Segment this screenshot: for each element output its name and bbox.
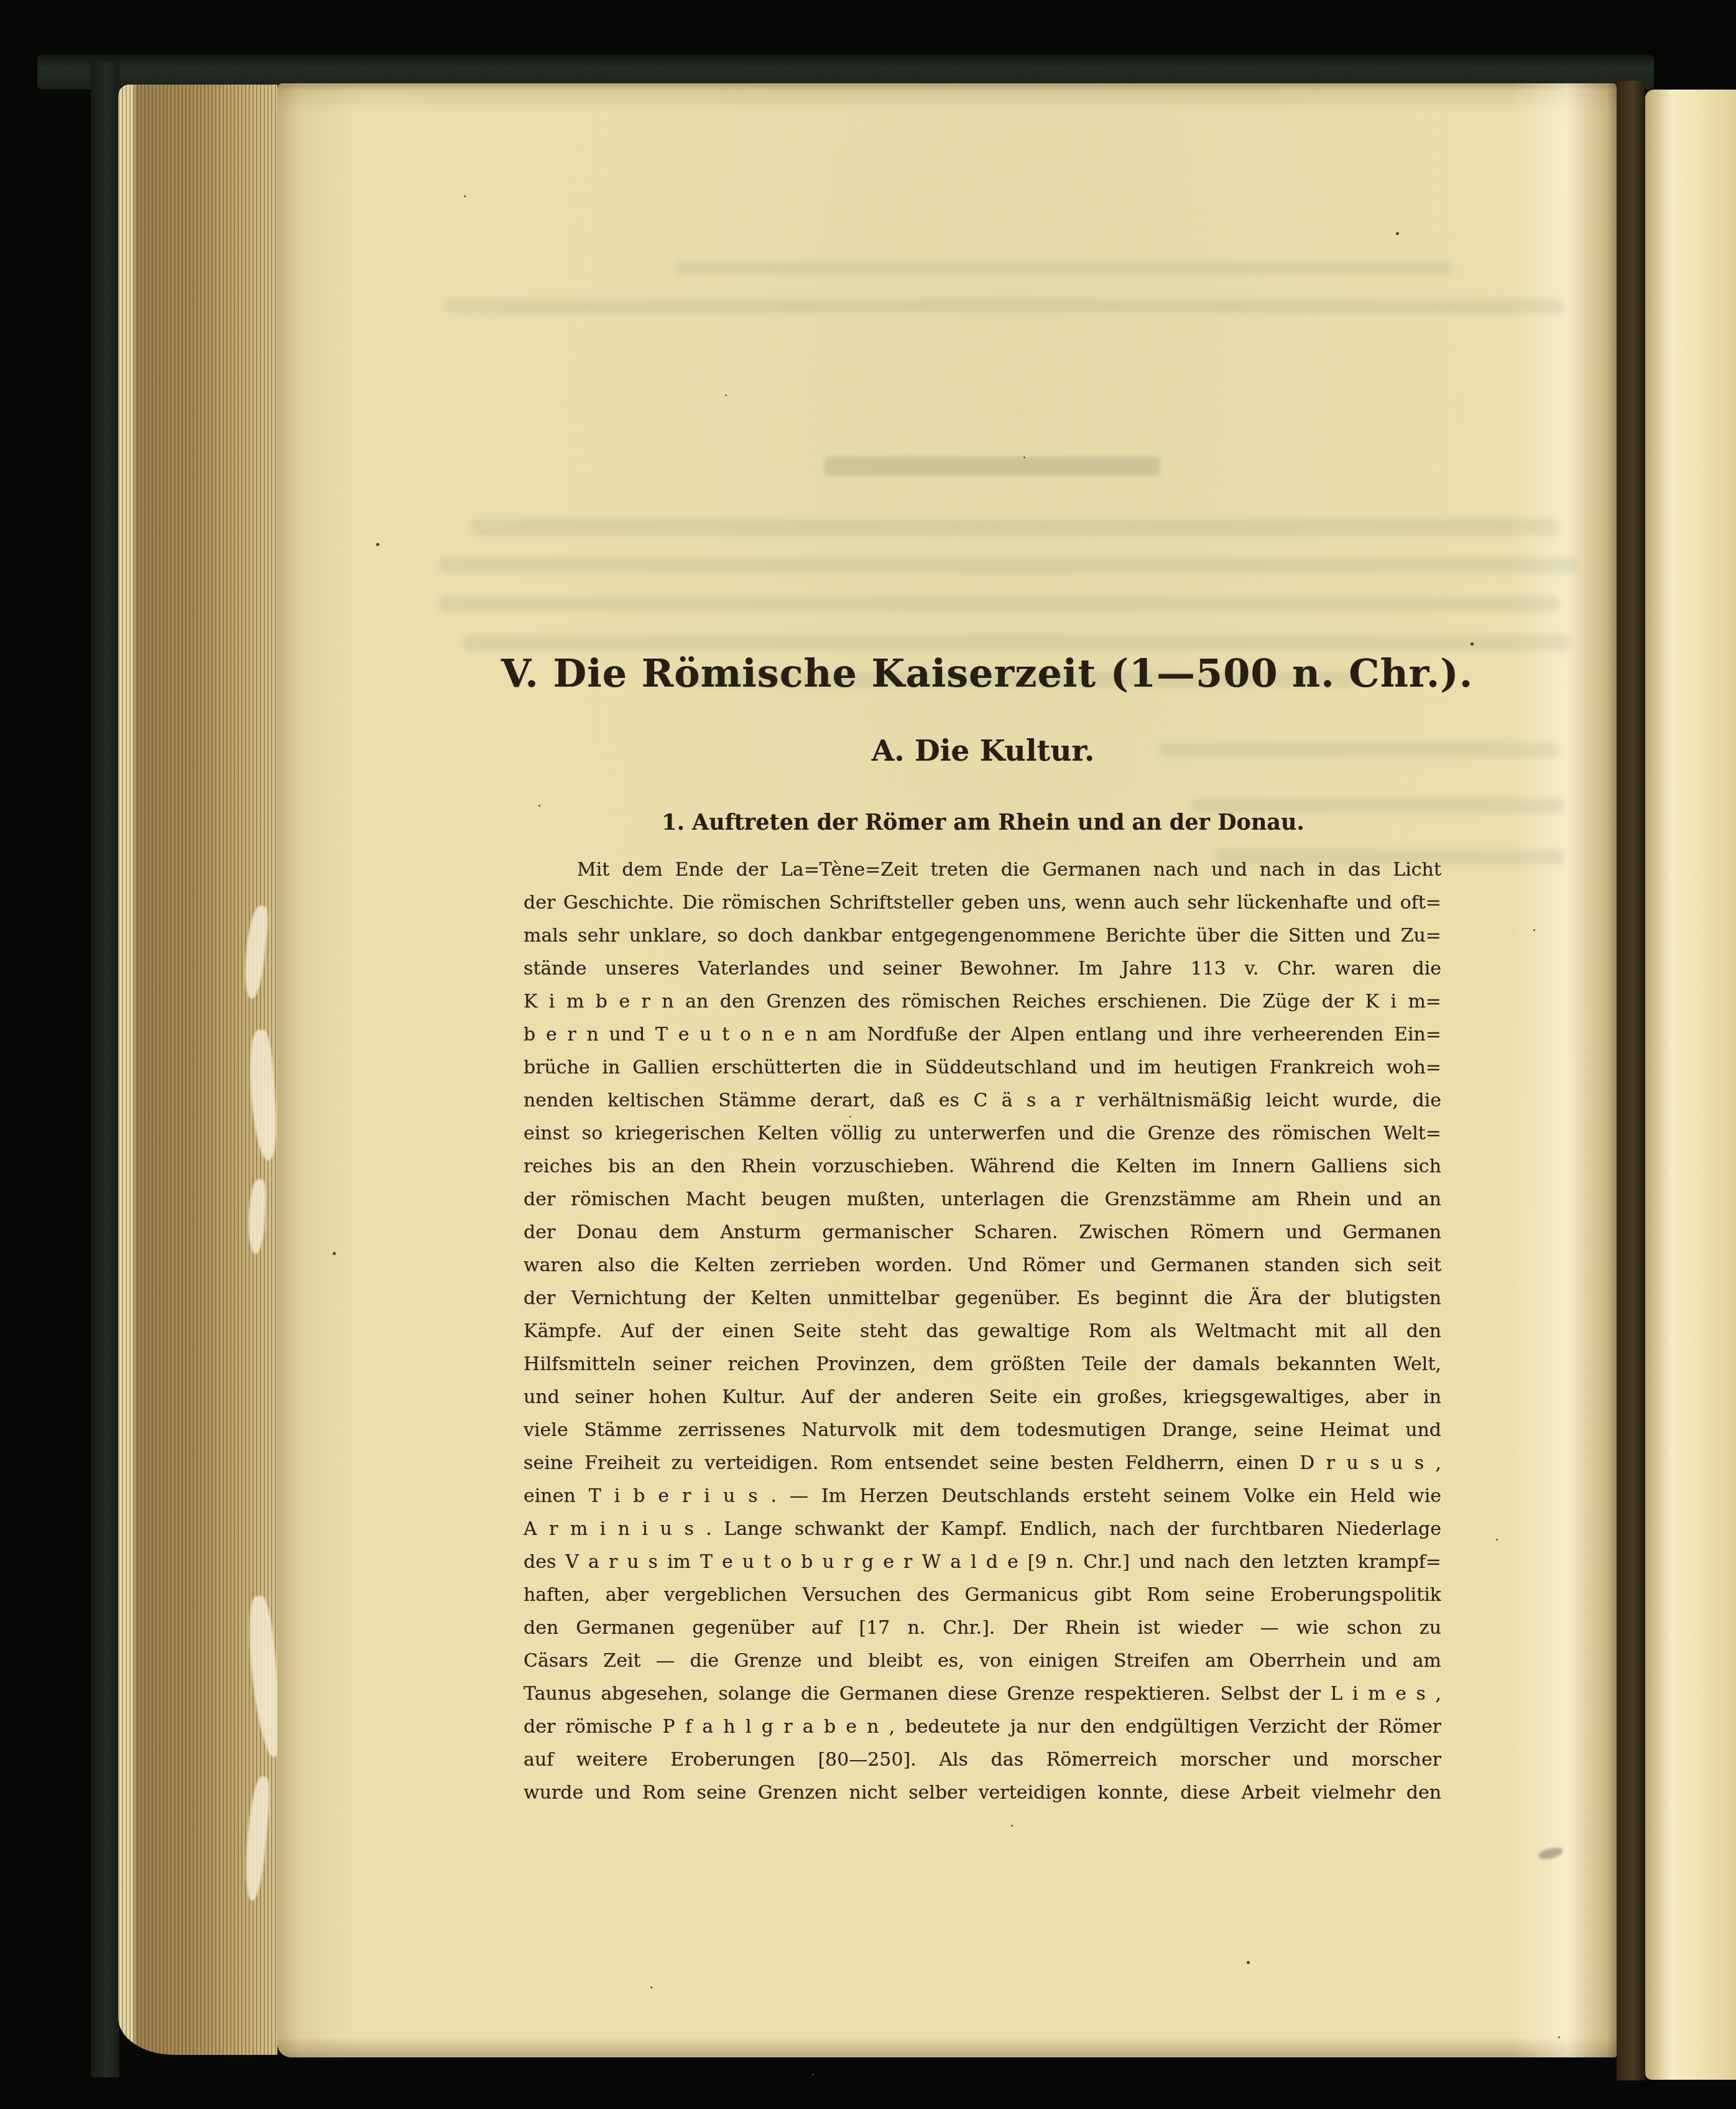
body-line: mals sehr unklare, so doch dankbar entge… <box>524 919 1441 952</box>
bleed-through-line <box>439 557 1577 573</box>
paper-specks <box>464 195 466 197</box>
torn-page-edge <box>247 1179 267 1254</box>
body-line: der Vernichtung der Kelten unmittelbar g… <box>524 1282 1441 1315</box>
body-line: Kämpfe. Auf der einen Seite steht das ge… <box>524 1315 1441 1348</box>
torn-page-edge <box>242 1776 271 1901</box>
body-line: haften, aber vergeblichen Versuchen des … <box>524 1578 1441 1611</box>
body-line: der römischen Macht beugen mußten, unter… <box>524 1183 1441 1216</box>
body-line: stände unseres Vaterlandes und seiner Be… <box>524 952 1441 985</box>
body-line: seine Freiheit zu verteidigen. Rom entse… <box>524 1447 1441 1480</box>
body-line: wurde und Rom seine Grenzen nicht selber… <box>524 1776 1441 1809</box>
body-line: b e r n und T e u t o n e n am Nordfuße … <box>524 1018 1441 1051</box>
body-line: einen T i b e r i u s . — Im Herzen Deut… <box>524 1480 1441 1513</box>
body-line: waren also die Kelten zerrieben worden. … <box>524 1249 1441 1282</box>
body-line: der Geschichte. Die römischen Schriftste… <box>524 886 1441 919</box>
book-cover-edge-left <box>91 62 119 2077</box>
body-line: A r m i n i u s . Lange schwankt der Kam… <box>524 1513 1441 1546</box>
book-spread: V. Die Römische Kaiserzeit (1—500 n. Chr… <box>0 0 1736 2109</box>
torn-page-edge <box>247 1029 280 1161</box>
body-line: K i m b e r n an den Grenzen des römisch… <box>524 985 1441 1018</box>
body-line: einst so kriegerischen Kelten völlig zu … <box>524 1117 1441 1150</box>
bleed-through-line <box>464 634 1571 651</box>
bleed-through-line <box>675 261 1452 275</box>
chapter-title: V. Die Römische Kaiserzeit (1—500 n. Chr… <box>501 651 1465 696</box>
body-line: brüche in Gallien erschütterten die in S… <box>524 1051 1441 1084</box>
bleed-through-line <box>439 596 1558 612</box>
torn-page-edge <box>241 905 270 999</box>
body-line: Taunus abgesehen, solange die Germanen d… <box>524 1677 1441 1710</box>
body-paragraph: Mit dem Ende der La=Tène=Zeit treten die… <box>524 853 1441 1809</box>
left-page-stack <box>118 85 277 2055</box>
bleed-through-heading <box>824 457 1160 475</box>
body-line: Hilfsmitteln seiner reichen Provinzen, d… <box>524 1348 1441 1381</box>
body-line: auf weitere Eroberungen [80—250]. Als da… <box>524 1743 1441 1776</box>
body-line: den Germanen gegenüber auf [17 n. Chr.].… <box>524 1611 1441 1644</box>
main-page: V. Die Römische Kaiserzeit (1—500 n. Chr… <box>277 83 1617 2057</box>
facing-page-edge <box>1645 90 1736 2080</box>
body-line: Cäsars Zeit — die Grenze und bleibt es, … <box>524 1644 1441 1677</box>
body-line: nenden keltischen Stämme derart, daß es … <box>524 1084 1441 1117</box>
body-line: der römische P f a h l g r a b e n , bed… <box>524 1710 1441 1743</box>
bleed-through-line <box>445 299 1564 313</box>
body-line: Mit dem Ende der La=Tène=Zeit treten die… <box>524 853 1441 886</box>
subsection-title: 1. Auftreten der Römer am Rhein und an d… <box>501 810 1465 835</box>
body-line: der Donau dem Ansturm germanischer Schar… <box>524 1216 1441 1249</box>
gutter-shadow <box>1617 81 1645 2080</box>
body-line: reiches bis an den Rhein vorzuschieben. … <box>524 1150 1441 1183</box>
body-line: und seiner hohen Kultur. Auf der anderen… <box>524 1381 1441 1414</box>
body-line: des V a r u s im T e u t o b u r g e r W… <box>524 1546 1441 1578</box>
section-title: A. Die Kultur. <box>501 734 1465 768</box>
body-line: viele Stämme zerrissenes Naturvolk mit d… <box>524 1414 1441 1447</box>
bleed-through-line <box>470 519 1558 535</box>
smudge-mark <box>1538 1845 1564 1861</box>
